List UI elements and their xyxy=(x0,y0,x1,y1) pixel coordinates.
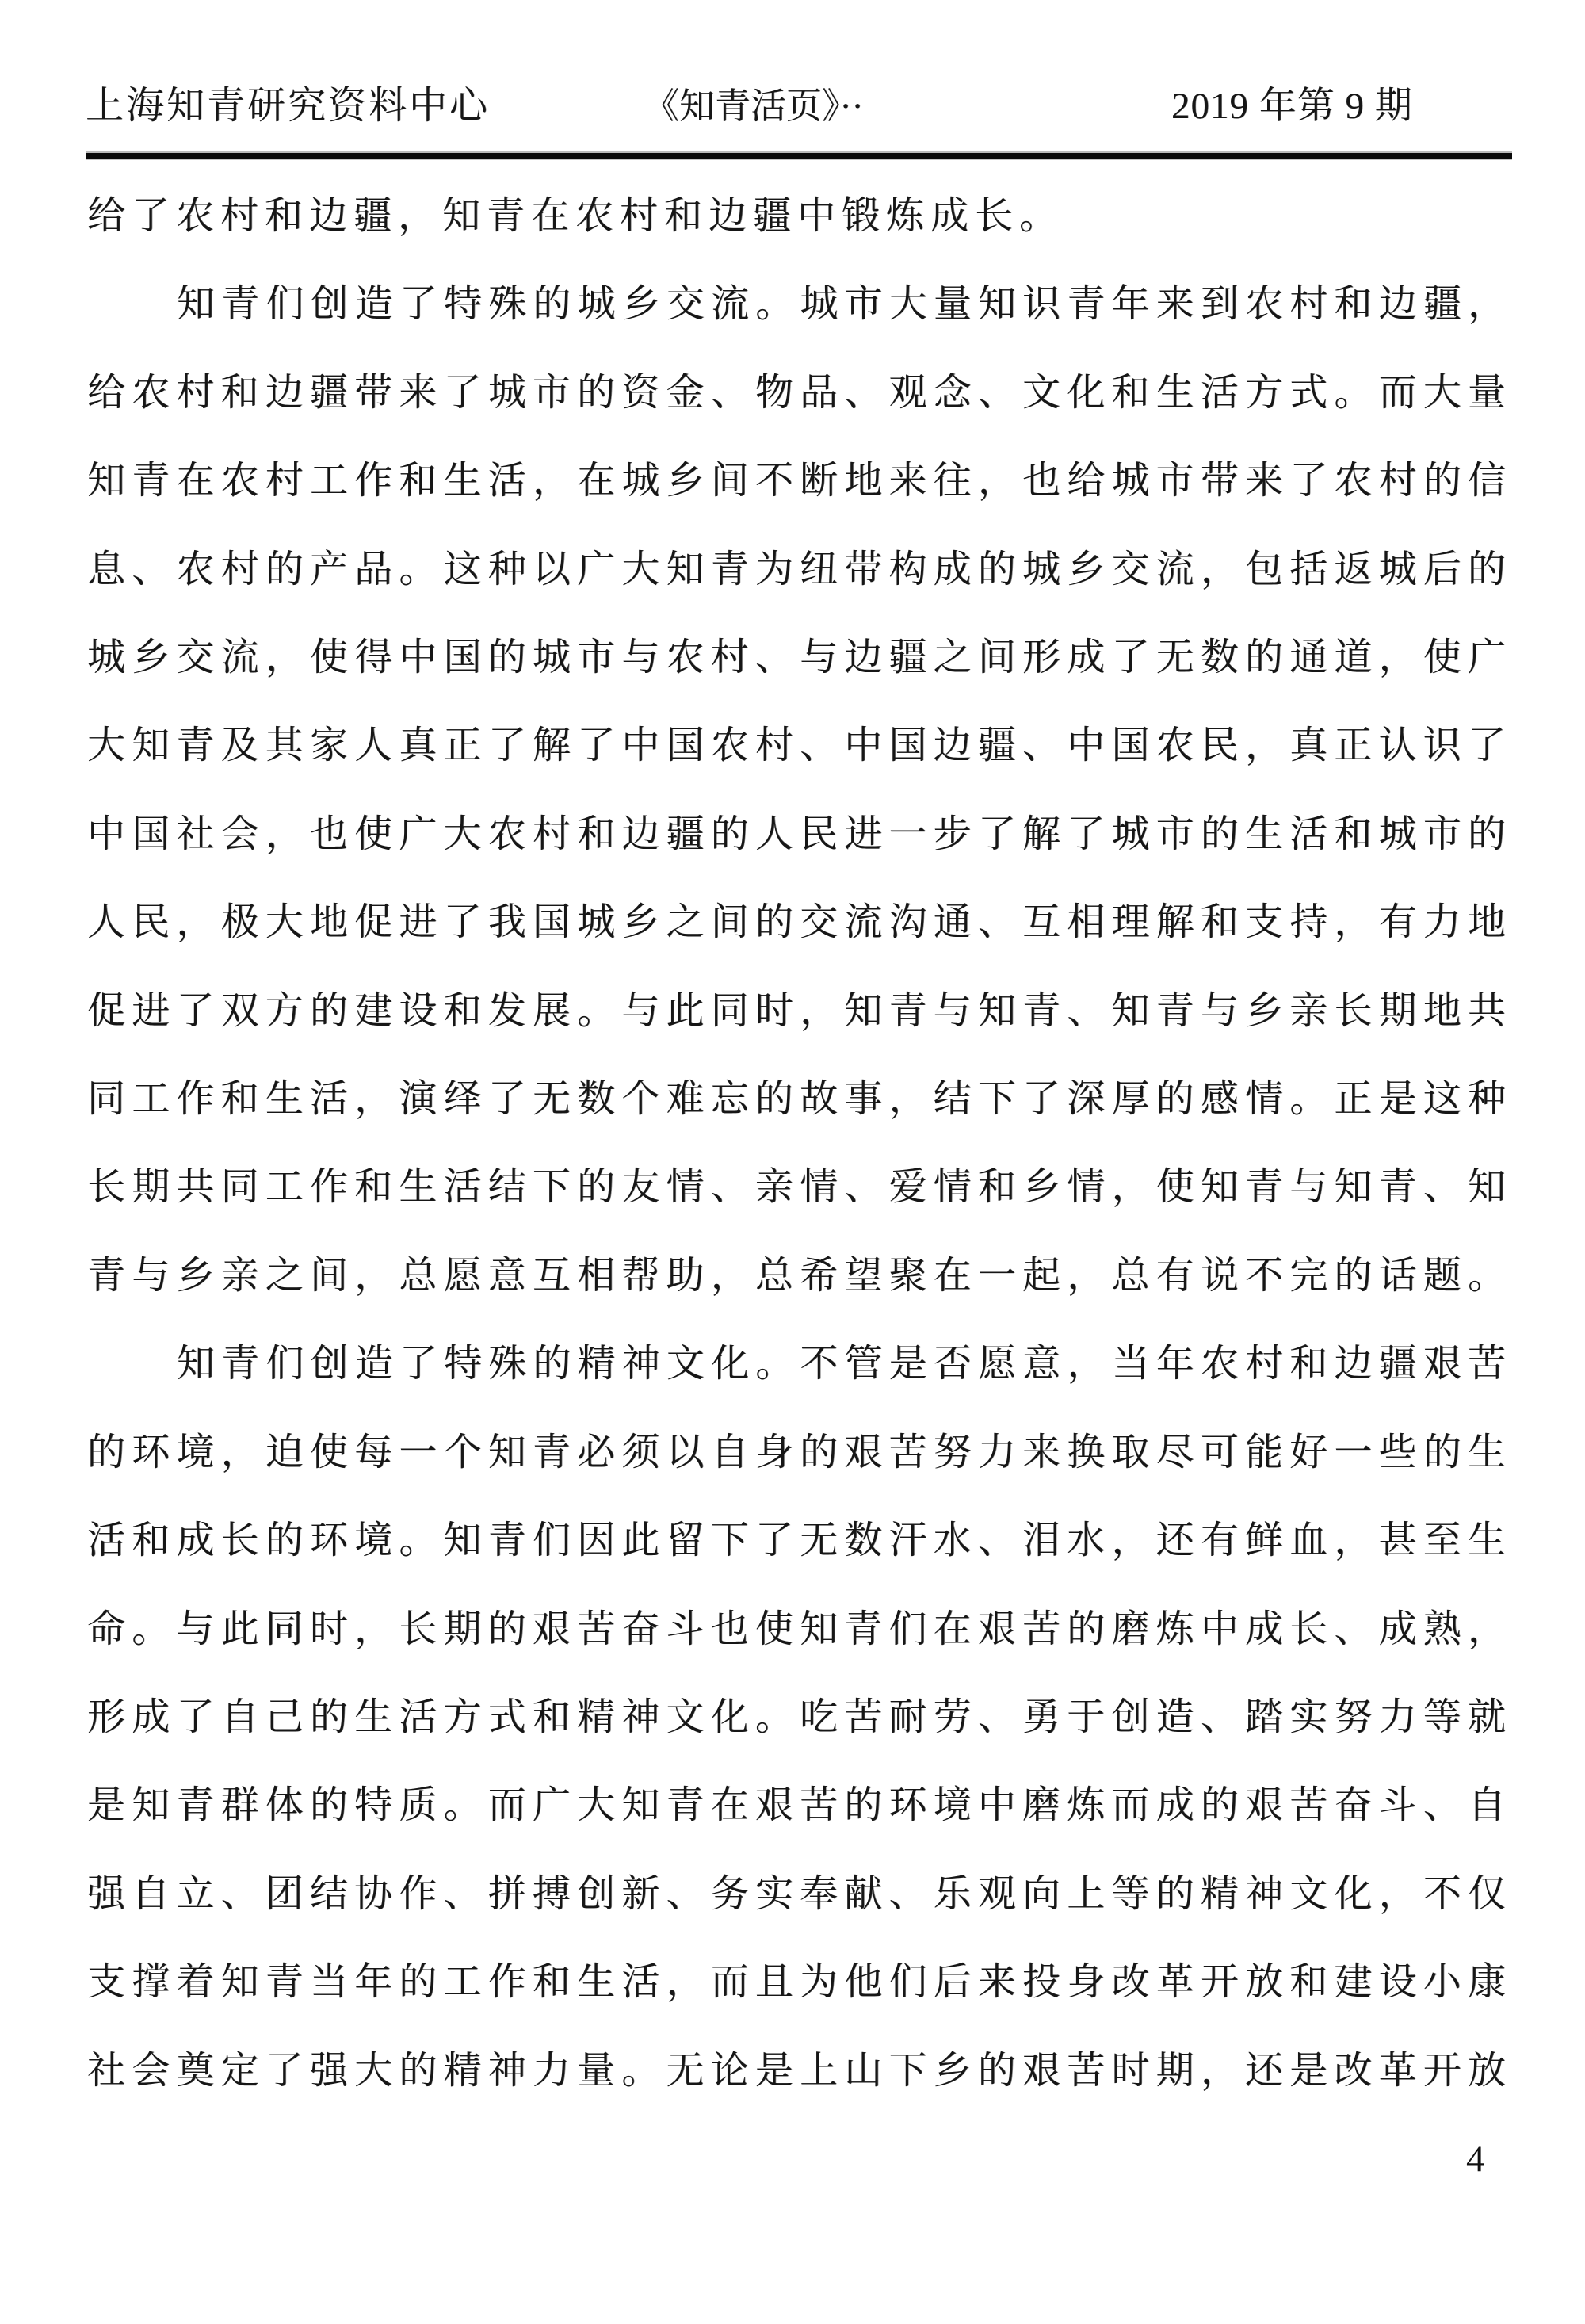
body-line: 人民，极大地促进了我国城乡之间的交流沟通、互相理解和支持，有力地 xyxy=(87,878,1512,966)
body-line: 是知青群体的特质。而广大知青在艰苦的环境中磨炼而成的艰苦奋斗、自 xyxy=(87,1761,1512,1849)
body-line: 形成了自己的生活方式和精神文化。吃苦耐劳、勇于创造、踏实努力等就 xyxy=(87,1673,1512,1761)
body-line: 中国社会，也使广大农村和边疆的人民进一步了解了城市的生活和城市的 xyxy=(87,790,1512,878)
body-line: 的环境，迫使每一个知青必须以自身的艰苦努力来换取尽可能好一些的生 xyxy=(87,1409,1512,1496)
header-rule xyxy=(86,153,1512,159)
page-number: 4 xyxy=(1466,2135,1485,2183)
document-page: 上海知青研究资料中心 《知青活页》·· 2019 年第 9 期 给了农村和边疆，… xyxy=(0,0,1585,2324)
body-line: 息、农村的产品。这种以广大知青为纽带构成的城乡交流，包括返城后的 xyxy=(87,526,1512,613)
body-line: 城乡交流，使得中国的城市与农村、与边疆之间形成了无数的通道，使广 xyxy=(87,613,1512,701)
body-line: 强自立、团结协作、拼搏创新、务实奉献、乐观向上等的精神文化，不仅 xyxy=(87,1850,1512,1938)
body-line: 知青们创造了特殊的城乡交流。城市大量知识青年来到农村和边疆， xyxy=(87,260,1512,348)
body-line: 社会奠定了强大的精神力量。无论是上山下乡的艰苦时期，还是改革开放 xyxy=(87,2027,1512,2115)
body-text: 给了农村和边疆，知青在农村和边疆中锻炼成长。知青们创造了特殊的城乡交流。城市大量… xyxy=(87,172,1512,2115)
body-line: 知青在农村工作和生活，在城乡间不断地来往，也给城市带来了农村的信 xyxy=(87,437,1512,525)
body-line: 活和成长的环境。知青们因此留下了无数汗水、泪水，还有鲜血，甚至生 xyxy=(87,1496,1512,1584)
body-line: 命。与此同时，长期的艰苦奋斗也使知青们在艰苦的磨炼中成长、成熟， xyxy=(87,1585,1512,1673)
header-issue-info: 2019 年第 9 期 xyxy=(1171,82,1413,130)
body-line: 青与乡亲之间，总愿意互相帮助，总希望聚在一起，总有说不完的话题。 xyxy=(87,1232,1512,1320)
body-line: 给农村和边疆带来了城市的资金、物品、观念、文化和生活方式。而大量 xyxy=(87,349,1512,437)
body-line: 知青们创造了特殊的精神文化。不管是否愿意，当年农村和边疆艰苦 xyxy=(87,1320,1512,1408)
header-org-name: 上海知青研究资料中心 xyxy=(86,82,490,130)
body-line: 给了农村和边疆，知青在农村和边疆中锻炼成长。 xyxy=(87,172,1512,260)
body-line: 大知青及其家人真正了解了中国农村、中国边疆、中国农民，真正认识了 xyxy=(87,701,1512,789)
body-line: 促进了双方的建设和发展。与此同时，知青与知青、知青与乡亲长期地共 xyxy=(87,967,1512,1055)
body-line: 同工作和生活，演绎了无数个难忘的故事，结下了深厚的感情。正是这种 xyxy=(87,1055,1512,1143)
body-line: 长期共同工作和生活结下的友情、亲情、爱情和乡情，使知青与知青、知 xyxy=(87,1143,1512,1231)
header-publication-title: 《知青活页》·· xyxy=(644,82,863,130)
body-line: 支撑着知青当年的工作和生活，而且为他们后来投身改革开放和建设小康 xyxy=(87,1938,1512,2026)
